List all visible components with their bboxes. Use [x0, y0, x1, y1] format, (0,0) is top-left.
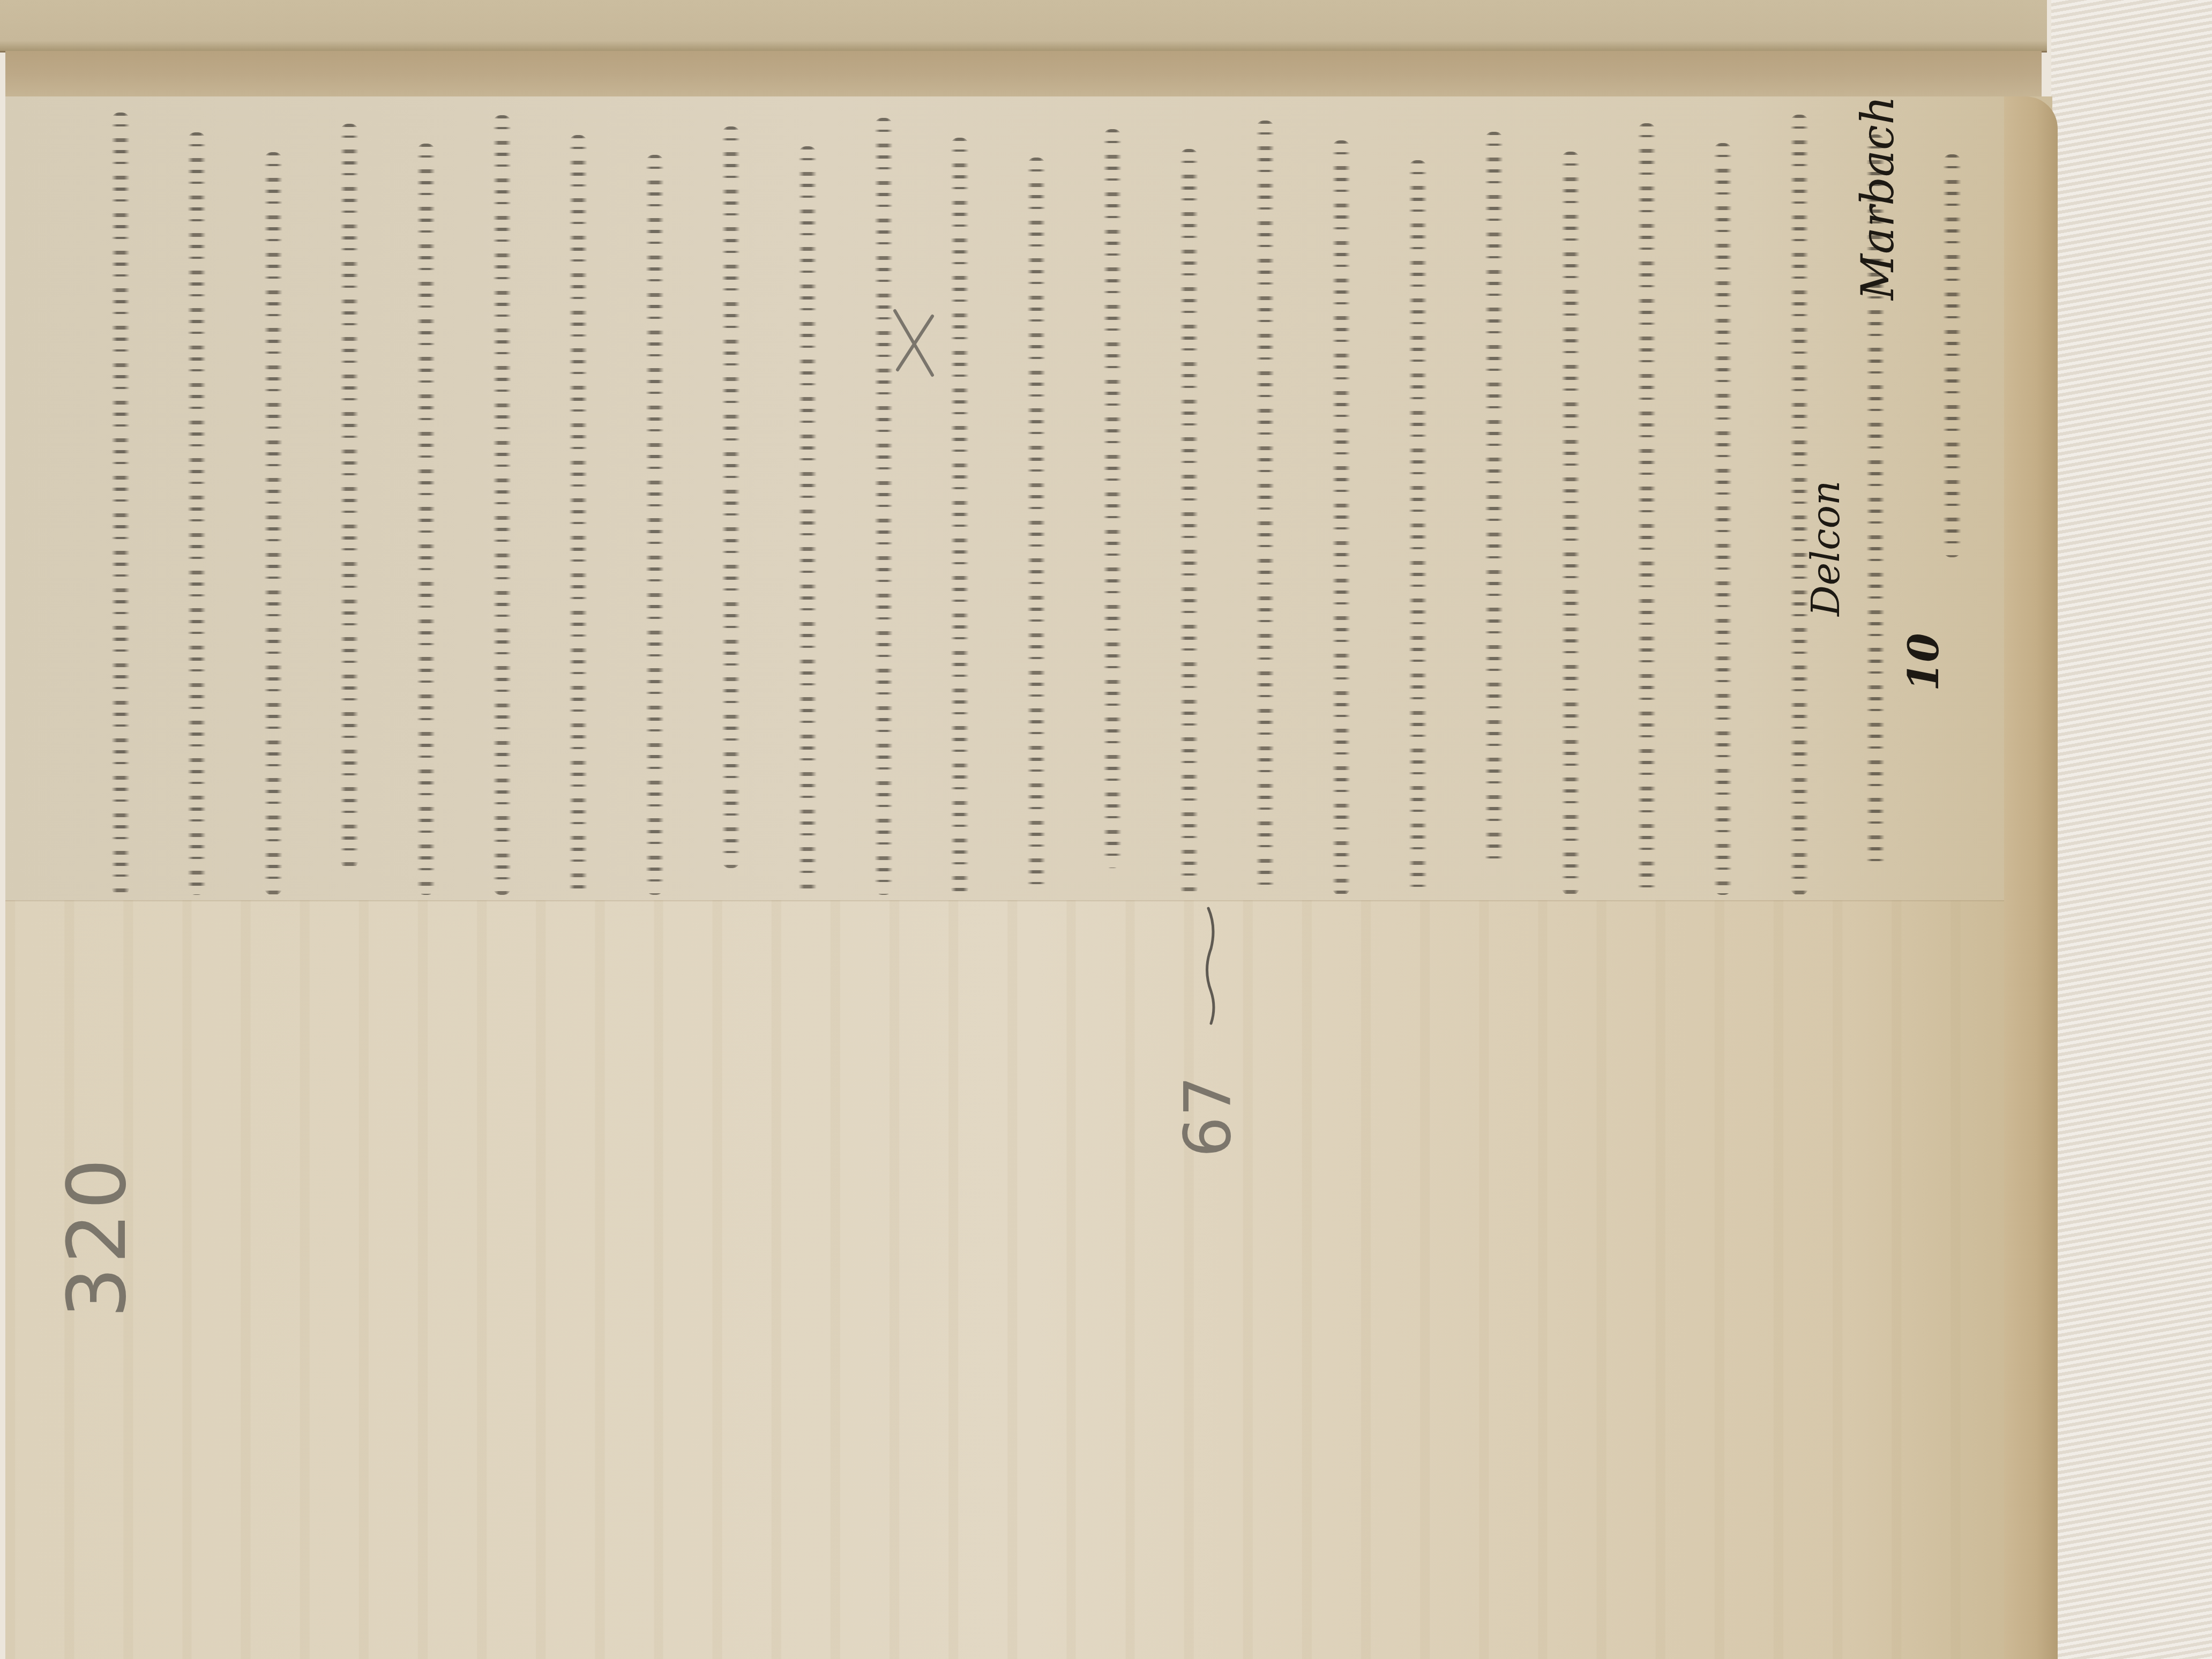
kurrent-script-strokes — [875, 118, 893, 895]
handwritten-line — [636, 107, 674, 900]
handwritten-line — [1018, 107, 1055, 900]
handwritten-line — [1399, 107, 1437, 900]
pencil-page-number-67: 67 — [1171, 1075, 1245, 1157]
pencil-squiggle-mark — [1195, 906, 1227, 1029]
kurrent-script-strokes — [493, 115, 511, 895]
kurrent-script-strokes — [1409, 160, 1427, 895]
open-book: Delcon Marbach 10 320 67 — [0, 0, 2058, 1659]
kurrent-script-strokes — [111, 113, 130, 895]
cloth-background — [2051, 0, 2212, 1659]
kurrent-script-strokes — [1714, 143, 1732, 895]
handwritten-line — [407, 107, 445, 900]
handwritten-line — [331, 107, 368, 900]
blank-verso-page — [5, 900, 2052, 1659]
handwritten-word-delcon: Delcon — [1803, 481, 1848, 616]
kurrent-script-strokes — [646, 155, 664, 895]
kurrent-script-strokes — [1103, 129, 1122, 868]
kurrent-script-strokes — [1256, 121, 1274, 895]
handwritten-line — [1704, 107, 1742, 900]
pencil-page-number-320: 320 — [51, 1155, 144, 1318]
kurrent-script-strokes — [340, 124, 358, 868]
kurrent-script-strokes — [1561, 152, 1580, 895]
page-fold — [5, 51, 2042, 100]
kurrent-script-strokes — [1638, 123, 1656, 895]
kurrent-script-strokes — [1943, 154, 1961, 557]
handwritten-line — [178, 107, 215, 900]
handwritten-line — [1322, 107, 1360, 900]
kurrent-script-strokes — [569, 135, 587, 895]
kurrent-script-strokes — [264, 152, 282, 895]
handwritten-line — [1628, 107, 1665, 900]
handwritten-word-marbach: Marbach — [1851, 96, 1904, 300]
handwritten-number-10: 10 — [1900, 633, 1948, 691]
kurrent-script-strokes — [1027, 158, 1045, 895]
kurrent-script-strokes — [417, 144, 435, 895]
handwritten-line — [559, 107, 597, 900]
kurrent-script-strokes — [1180, 149, 1198, 895]
kurrent-script-strokes — [188, 132, 206, 895]
handwritten-line — [1475, 107, 1513, 900]
page-fore-edge — [2004, 96, 2058, 1659]
handwritten-line — [1933, 107, 1971, 900]
handwritten-line — [255, 107, 292, 900]
handwritten-line — [1246, 107, 1284, 900]
handwriting-block — [102, 107, 2009, 900]
handwritten-line — [865, 107, 902, 900]
handwritten-line — [1170, 107, 1208, 900]
handwritten-line — [102, 107, 139, 900]
handwritten-line — [483, 107, 521, 900]
kurrent-script-strokes — [1485, 132, 1503, 868]
handwritten-line — [712, 107, 750, 900]
kurrent-script-strokes — [1332, 140, 1350, 895]
handwritten-line — [1094, 107, 1131, 900]
handwritten-line — [1552, 107, 1589, 900]
pencil-insertion-mark — [890, 305, 938, 380]
previous-page-edge — [0, 0, 2047, 53]
kurrent-script-strokes — [798, 146, 817, 895]
handwritten-line — [941, 107, 978, 900]
kurrent-script-strokes — [951, 138, 969, 895]
kurrent-script-strokes — [722, 126, 740, 868]
handwritten-line — [789, 107, 826, 900]
